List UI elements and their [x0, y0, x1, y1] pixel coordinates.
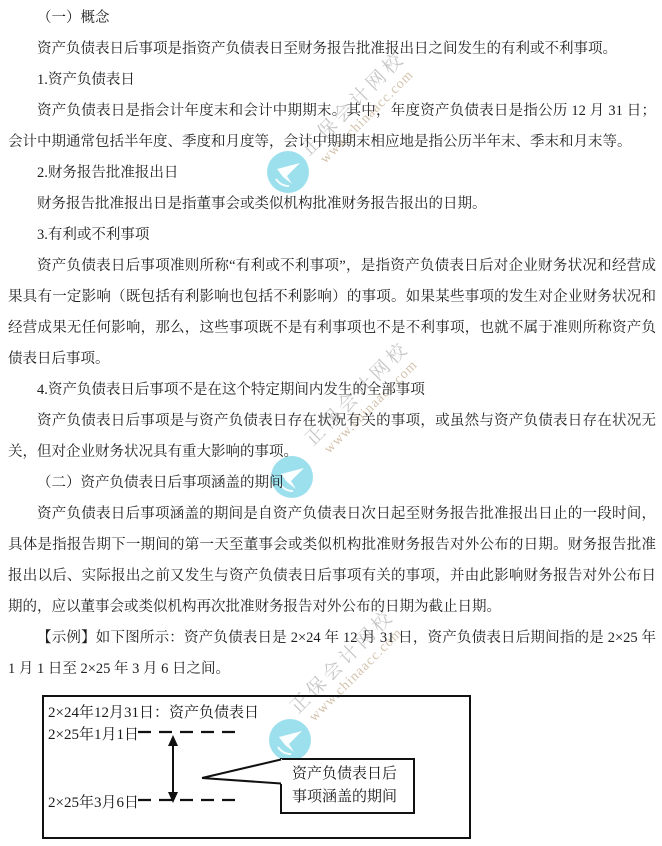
callout-text-line1: 资产负债表日后 — [292, 763, 413, 786]
figure-period-start-label: 2×25年1月1日 — [48, 723, 139, 744]
callout-wedge-upper-line — [202, 760, 281, 779]
paragraph-balance-sheet-date: 资产负债表日是指会计年度末和会计中期期末。其中，年度资产负债表日是指公历 12 … — [8, 96, 656, 158]
document-body: （一）概念 资产负债表日后事项是指资产负债表日至财务报告批准报出日之间发生的有利… — [8, 3, 656, 685]
paragraph-report-approval-date: 财务报告批准报出日是指董事会或类似机构批准财务报告报出的日期。 — [8, 189, 656, 220]
subheading-balance-sheet-date: 1.资产负债表日 — [8, 65, 656, 96]
figure-period-end-label: 2×25年3月6日 — [48, 791, 139, 812]
callout-text-line2: 事项涵盖的期间 — [292, 786, 413, 809]
paragraph-covered-period: 资产负债表日后事项涵盖的期间是自资产负债表日次日起至财务报告批准报出日止的一段时… — [8, 499, 656, 623]
subheading-report-approval-date: 2.财务报告批准报出日 — [8, 158, 656, 189]
paragraph-definition: 资产负债表日后事项是指资产负债表日至财务报告批准报出日之间发生的有利或不利事项。 — [8, 34, 656, 65]
section-heading-2: （二）资产负债表日后事项涵盖的期间 — [8, 468, 656, 499]
callout-wedge-lower-line — [202, 778, 281, 784]
figure-callout-box: 资产负债表日后 事项涵盖的期间 — [280, 758, 415, 814]
figure-balance-sheet-date-label: 2×24年12月31日：资产负债表日 — [48, 701, 259, 722]
section-heading-1: （一）概念 — [8, 3, 656, 34]
callout-wedge-fill — [202, 759, 282, 784]
timeline-figure: 2×24年12月31日：资产负债表日 2×25年1月1日 2×25年3月6日 资… — [42, 695, 471, 839]
arrow-up-icon — [168, 735, 178, 746]
paragraph-favorable-unfavorable: 资产负债表日后事项准则所称“有利或不利事项”，是指资产负债表日后对企业财务状况和… — [8, 251, 656, 375]
subheading-favorable-unfavorable: 3.有利或不利事项 — [8, 220, 656, 251]
subheading-not-all-events: 4.资产负债表日后事项不是在这个特定期间内发生的全部事项 — [8, 375, 656, 406]
arrow-down-icon — [168, 792, 178, 803]
paragraph-example: 【示例】如下图所示：资产负债表日是 2×24 年 12 月 31 日，资产负债表… — [8, 623, 656, 685]
paragraph-not-all-events: 资产负债表日后事项是与资产负债表日存在状况有关的事项，或虽然与资产负债表日存在状… — [8, 406, 656, 468]
